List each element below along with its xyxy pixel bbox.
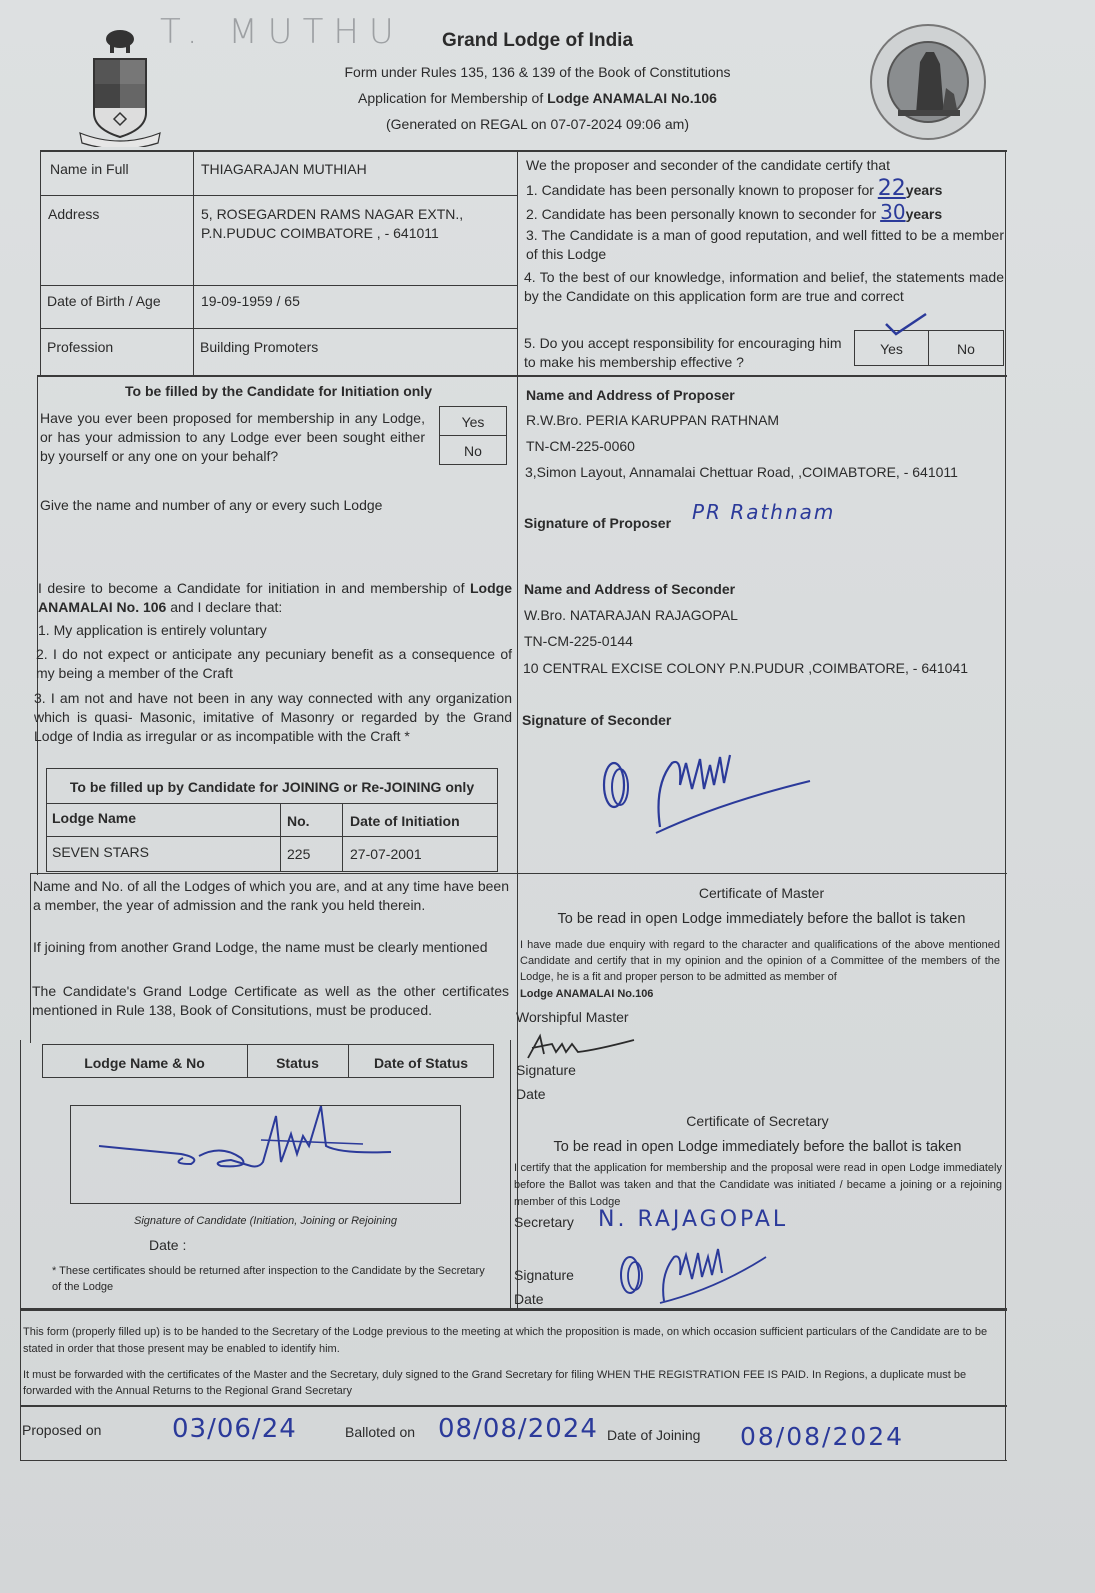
initiation-no-box[interactable]: No (439, 435, 507, 465)
seconder-address: 10 CENTRAL EXCISE COLONY P.N.PUDUR ,COIM… (523, 659, 968, 678)
master-signature-label: Signature (516, 1061, 576, 1080)
lodges-info-para1: Name and No. of all the Lodges of which … (33, 877, 509, 915)
subtitle-lodge: Lodge ANAMALAI (547, 90, 667, 106)
proposer-signature: PR Rathnam (692, 500, 835, 524)
seconder-signature (600, 745, 820, 845)
dates-bottom-line (20, 1460, 1007, 1461)
master-subheading: To be read in open Lodge immediately bef… (518, 909, 1005, 929)
proposer-name: R.W.Bro. PERIA KARUPPAN RATHNAM (526, 411, 779, 430)
frame-top-line (40, 150, 1007, 152)
dob-label: Date of Birth / Age (47, 292, 161, 311)
col-number: No. (287, 812, 310, 831)
secretary-subheading: To be read in open Lodge immediately bef… (510, 1137, 1005, 1157)
profession-value: Building Promoters (200, 338, 318, 357)
table-row-number: 225 (287, 845, 310, 864)
col-date-initiation: Date of Initiation (350, 812, 460, 831)
no-label: No (440, 442, 506, 461)
table-col-divider (342, 803, 343, 872)
item2-text: 2. Candidate has been personally known t… (526, 206, 880, 222)
initiation-heading: To be filled by the Candidate for Initia… (40, 382, 517, 401)
secretary-name: N. RAJAGOPAL (598, 1207, 788, 1232)
secretary-signature-label: Signature (514, 1266, 574, 1285)
frame-right (1005, 150, 1006, 1460)
no-label: No (929, 340, 1003, 359)
candidate-date-label: Date : (149, 1236, 186, 1255)
table-row-lodge-name: SEVEN STARS (52, 843, 149, 862)
responsibility-no-box[interactable]: No (928, 330, 1004, 366)
regional-grand-lodge-seal-icon (868, 22, 988, 142)
lodge-prompt: Give the name and number of any or every… (40, 496, 382, 515)
profession-label: Profession (47, 338, 113, 357)
table-row-date: 27-07-2001 (350, 845, 422, 864)
form-title: Grand Lodge of India (300, 30, 775, 52)
row-divider (40, 328, 517, 329)
date-of-joining-value[interactable]: 08/08/2024 (740, 1422, 904, 1451)
col-date-of-status: Date of Status (348, 1054, 494, 1073)
table-divider (46, 803, 498, 804)
section-divider (38, 375, 1007, 377)
years-known-seconder[interactable]: 30 (880, 200, 905, 224)
declaration-item-1: 1. My application is entirely voluntary (38, 621, 267, 640)
seconder-reg-no: TN-CM-225-0144 (524, 632, 633, 651)
subtitle-prefix: Application for Membership of (358, 90, 547, 106)
proposer-address: 3,Simon Layout, Annamalai Chettuar Road,… (525, 463, 958, 482)
certify-item-5: 5. Do you accept responsibility for enco… (524, 334, 854, 372)
yes-label: Yes (855, 340, 928, 359)
dates-top-line (20, 1405, 1007, 1407)
col-lodge-name: Lodge Name (52, 809, 136, 828)
name-value: THIAGARAJAN MUTHIAH (201, 160, 367, 179)
name-label: Name in Full (50, 160, 129, 179)
subtitle-lodge-no: No.106 (667, 90, 717, 106)
frame-left-lower (30, 873, 31, 1043)
declaration-item-2: 2. I do not expect or anticipate any pec… (36, 645, 512, 683)
secretary-label: Secretary (514, 1213, 574, 1232)
secretary-date-label: Date (514, 1290, 544, 1309)
item2-suffix: years (906, 206, 943, 222)
certify-item-3: 3. The Candidate is a man of good reputa… (526, 226, 1004, 264)
proposed-on-label: Proposed on (22, 1421, 101, 1440)
section-divider (517, 873, 1007, 874)
certify-item-1: 1. Candidate has been personally known t… (526, 179, 942, 200)
master-lodge: Lodge ANAMALAI No.106 (520, 986, 653, 1002)
checkmark-icon (884, 312, 928, 341)
candidate-signature-box[interactable] (70, 1105, 461, 1204)
declaration-suffix: and I declare that: (166, 599, 282, 615)
table-col-divider (280, 803, 281, 872)
joining-table-heading: To be filled up by Candidate for JOINING… (46, 778, 498, 797)
declaration-item-3: 3. I am not and have not been in any way… (34, 689, 512, 746)
secretary-body: I certify that the application for membe… (514, 1160, 1002, 1211)
declaration-prefix: I desire to become a Candidate for initi… (38, 580, 470, 596)
item1-text: 1. Candidate has been personally known t… (526, 182, 878, 198)
master-role: Worshipful Master (516, 1008, 629, 1027)
footer-note-1: This form (properly filled up) is to be … (23, 1324, 1003, 1358)
footer-note-2: It must be forwarded with the certificat… (23, 1367, 1003, 1399)
initiation-question: Have you ever been proposed for membersh… (40, 409, 425, 466)
address-line2: P.N.PUDUC COIMBATORE , - 641011 (201, 224, 439, 243)
years-known-proposer[interactable]: 22 (878, 176, 906, 201)
master-body: I have made due enquiry with regard to t… (520, 937, 1000, 985)
frame-left-top (40, 150, 41, 375)
frame-center-lower (510, 1040, 511, 1310)
section-divider (30, 873, 517, 874)
certify-item-4: 4. To the best of our knowledge, informa… (524, 268, 1004, 306)
row-divider (40, 195, 517, 196)
initiation-yes-box[interactable]: Yes (439, 406, 507, 436)
seconder-name: W.Bro. NATARAJAN RAJAGOPAL (524, 606, 738, 625)
proposer-signature-label: Signature of Proposer (524, 514, 671, 533)
col-lodge-name-no: Lodge Name & No (42, 1054, 247, 1073)
form-application-subtitle: Application for Membership of Lodge ANAM… (300, 90, 775, 106)
frame-left-bottom (20, 1040, 21, 1460)
lodges-info-para2: If joining from another Grand Lodge, the… (33, 938, 509, 957)
secretary-signature (616, 1245, 776, 1310)
certify-item-2: 2. Candidate has been personally known t… (526, 203, 942, 224)
dob-value: 19-09-1959 / 65 (201, 292, 300, 311)
grand-lodge-crest-icon (78, 25, 163, 147)
application-form-page: T. MUTHU Grand Lodge of India Form under… (0, 0, 1095, 1593)
seconder-signature-label: Signature of Seconder (522, 711, 671, 730)
date-of-joining-label: Date of Joining (607, 1426, 700, 1445)
candidate-signature-caption: Signature of Candidate (Initiation, Join… (70, 1213, 461, 1229)
row-divider (40, 285, 517, 286)
master-date-label: Date (516, 1085, 546, 1104)
balloted-on-label: Balloted on (345, 1423, 415, 1442)
col-status: Status (247, 1054, 348, 1073)
balloted-on-value[interactable]: 08/08/2024 (438, 1414, 598, 1444)
item1-suffix: years (906, 182, 943, 198)
address-label: Address (48, 205, 99, 224)
form-rules-subtitle: Form under Rules 135, 136 & 139 of the B… (300, 64, 775, 80)
generated-timestamp: (Generated on REGAL on 07-07-2024 09:06 … (300, 116, 775, 132)
proposer-reg-no: TN-CM-225-0060 (526, 437, 635, 456)
lodges-info-para3: The Candidate's Grand Lodge Certificate … (32, 982, 509, 1020)
frame-center-divider (517, 150, 518, 1310)
proposed-on-value[interactable]: 03/06/24 (172, 1414, 297, 1444)
seconder-heading: Name and Address of Seconder (524, 580, 735, 599)
certify-intro: We the proposer and seconder of the cand… (526, 156, 890, 175)
declaration-intro: I desire to become a Candidate for initi… (38, 579, 512, 617)
address-line1: 5, ROSEGARDEN RAMS NAGAR EXTN., (201, 205, 463, 224)
candidate-signature (71, 1106, 460, 1203)
certificates-footnote: * These certificates should be returned … (52, 1263, 492, 1295)
master-heading: Certificate of Master (518, 884, 1005, 903)
frame-label-divider (193, 150, 194, 375)
table-divider (46, 836, 498, 837)
yes-label: Yes (440, 413, 506, 432)
secretary-heading: Certificate of Secretary (510, 1112, 1005, 1131)
proposer-heading: Name and Address of Proposer (526, 386, 735, 405)
